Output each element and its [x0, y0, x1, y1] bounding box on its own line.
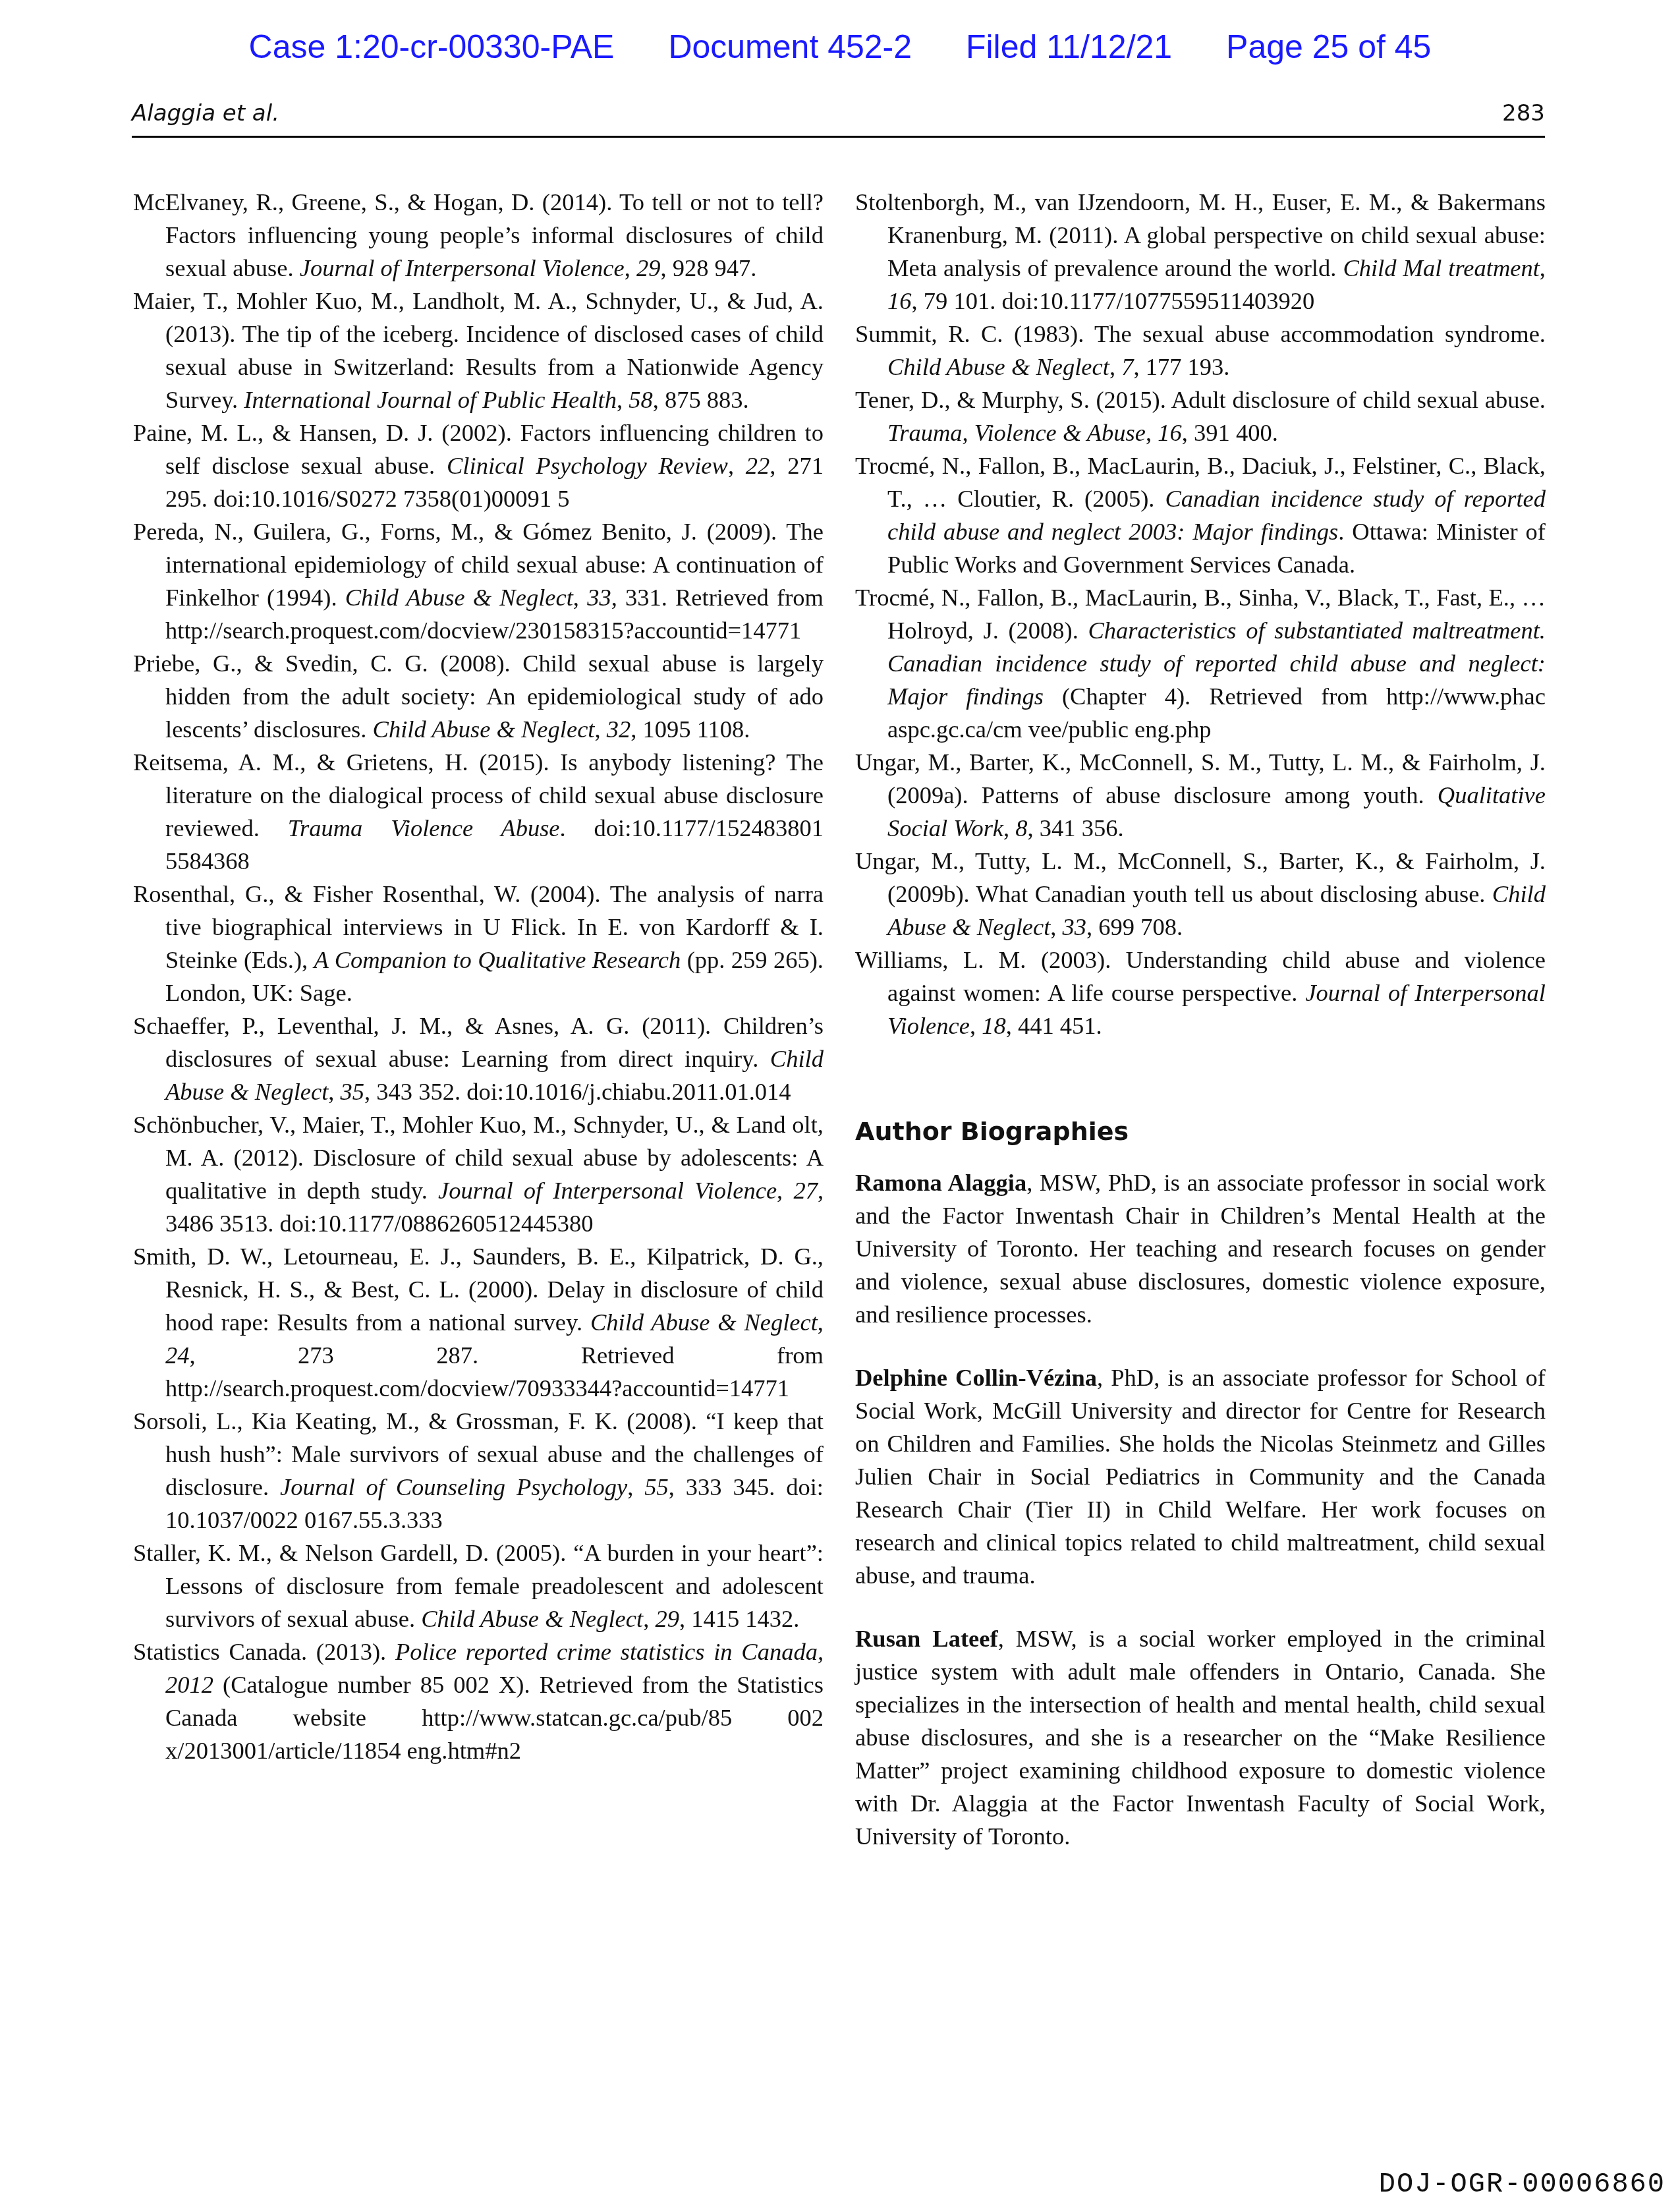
reference-italic: 16 — [887, 287, 912, 314]
reference-entry: Maier, T., Mohler Kuo, M., Landholt, M. … — [133, 285, 824, 416]
author-biography: Rusan Lateef, MSW, is a social worker em… — [855, 1622, 1546, 1853]
reference-text: , 875 883. — [653, 386, 749, 413]
reference-text: , — [777, 1177, 793, 1204]
reference-entry: Ungar, M., Tutty, L. M., McConnell, S., … — [855, 845, 1546, 944]
reference-entry: McElvaney, R., Greene, S., & Hogan, D. (… — [133, 186, 824, 285]
reference-italic: Child Mal treatment — [1343, 254, 1539, 281]
reference-italic: A Companion to Qualitative Research — [314, 946, 681, 973]
reference-entry: Summit, R. C. (1983). The sexual abuse a… — [855, 318, 1546, 383]
reference-text: , 1095 1108. — [630, 716, 750, 743]
reference-italic: 33 — [1063, 913, 1087, 940]
reference-text: , — [627, 1473, 644, 1500]
reference-entry: Sorsoli, L., Kia Keating, M., & Grossman… — [133, 1405, 824, 1537]
reference-italic: 29 — [655, 1605, 679, 1632]
author-bio-text: , MSW, is a social worker employed in th… — [855, 1625, 1546, 1850]
reference-entry: Williams, L. M. (2003). Understanding ch… — [855, 944, 1546, 1042]
reference-text: , 699 708. — [1086, 913, 1183, 940]
reference-italic: 7 — [1121, 353, 1133, 380]
reference-text: , — [643, 1605, 655, 1632]
reference-italic: 55 — [644, 1473, 669, 1500]
reference-text: , 928 947. — [660, 254, 756, 281]
reference-text: , — [328, 1078, 340, 1105]
reference-text: , — [1050, 913, 1062, 940]
bates-number: DOJ-OGR-00006860 — [1379, 2169, 1666, 2200]
reference-italic: Journal of Interpersonal Violence — [300, 254, 625, 281]
reference-entry: Trocmé, N., Fallon, B., MacLaurin, B., D… — [855, 449, 1546, 581]
reference-text: , 341 356. — [1028, 814, 1124, 841]
author-name: Ramona Alaggia — [855, 1169, 1026, 1196]
reference-text: , 391 400. — [1182, 419, 1278, 446]
reference-text: , — [818, 1309, 824, 1336]
reference-italic: 58 — [629, 386, 653, 413]
running-head-authors: Alaggia et al. — [132, 100, 279, 127]
reference-italic: Child Abuse & Neglect — [421, 1605, 643, 1632]
reference-italic: 27 — [793, 1177, 818, 1204]
reference-entry: Schönbucher, V., Maier, T., Mohler Kuo, … — [133, 1108, 824, 1240]
reference-italic: 35 — [341, 1078, 365, 1105]
court-filing-stamp: Case 1:20-cr-00330-PAE Document 452-2 Fi… — [0, 28, 1680, 66]
reference-italic: 16 — [1158, 419, 1182, 446]
reference-italic: 22 — [746, 452, 770, 479]
case-number: Case 1:20-cr-00330-PAE — [249, 28, 615, 65]
reference-text: , — [1540, 254, 1546, 281]
references-left-column: McElvaney, R., Greene, S., & Hogan, D. (… — [133, 186, 824, 1767]
reference-text: Ungar, M., Tutty, L. M., McConnell, S., … — [855, 847, 1546, 907]
author-biography: Delphine Collin-Vézina, PhD, is an assoc… — [855, 1361, 1546, 1592]
reference-italic: Journal of Counseling Psychology — [280, 1473, 627, 1500]
reference-italic: Clinical Psychology Review — [447, 452, 728, 479]
reference-text: (Catalogue number 85 002 X). Retrieved f… — [165, 1671, 824, 1764]
biographies-list: Ramona Alaggia, MSW, PhD, is an associat… — [855, 1166, 1546, 1853]
reference-italic: Child Abuse & Neglect — [590, 1309, 818, 1336]
reference-italic: 33 — [587, 584, 611, 611]
author-bio-text: , PhD, is an associate professor for Sch… — [855, 1364, 1546, 1589]
reference-italic: International Journal of Public Health — [244, 386, 617, 413]
reference-text: , 441 451. — [1006, 1012, 1102, 1039]
reference-italic: 24 — [165, 1342, 190, 1369]
page-number: 283 — [1502, 100, 1545, 127]
reference-text: , — [728, 452, 746, 479]
reference-entry: Paine, M. L., & Hansen, D. J. (2002). Fa… — [133, 416, 824, 515]
reference-italic: Trauma Violence Abuse — [288, 814, 560, 841]
reference-italic: Trauma, Violence & Abuse — [887, 419, 1146, 446]
reference-italic: Child Abuse & Neglect — [887, 353, 1109, 380]
reference-italic: 29 — [636, 254, 661, 281]
reference-entry: Smith, D. W., Letourneau, E. J., Saunder… — [133, 1240, 824, 1405]
reference-entry: Statistics Canada. (2013). Police report… — [133, 1635, 824, 1767]
biographies-heading: Author Biographies — [855, 1115, 1546, 1148]
reference-entry: Trocmé, N., Fallon, B., MacLaurin, B., S… — [855, 581, 1546, 746]
reference-text: Tener, D., & Murphy, S. (2015). Adult di… — [855, 386, 1546, 413]
running-head: Alaggia et al. 283 — [132, 99, 1545, 138]
reference-text: , — [1003, 814, 1015, 841]
filed-date: Filed 11/12/21 — [966, 28, 1172, 65]
reference-text: Schaeffer, P., Leventhal, J. M., & Asnes… — [133, 1012, 824, 1072]
references-right-list: Stoltenborgh, M., van IJzendoorn, M. H.,… — [855, 186, 1546, 1042]
author-biography: Ramona Alaggia, MSW, PhD, is an associat… — [855, 1166, 1546, 1331]
reference-italic: Child Abuse & Neglect — [373, 716, 595, 743]
document-number: Document 452-2 — [668, 28, 912, 65]
reference-text: , — [573, 584, 587, 611]
reference-entry: Stoltenborgh, M., van IJzendoorn, M. H.,… — [855, 186, 1546, 318]
reference-entry: Schaeffer, P., Leventhal, J. M., & Asnes… — [133, 1009, 824, 1108]
reference-text: , 343 352. doi:10.1016/j.chiabu.2011.01.… — [364, 1078, 791, 1105]
reference-italic: 32 — [607, 716, 631, 743]
reference-italic: 18 — [982, 1012, 1006, 1039]
reference-text: Summit, R. C. (1983). The sexual abuse a… — [855, 320, 1546, 347]
reference-italic: Journal of Interpersonal Violence — [438, 1177, 777, 1204]
author-name: Delphine Collin-Vézina — [855, 1364, 1097, 1391]
reference-text: , 79 101. doi:10.1177/1077559511403920 — [912, 287, 1315, 314]
reference-text: , 1415 1432. — [679, 1605, 800, 1632]
reference-entry: Staller, K. M., & Nelson Gardell, D. (20… — [133, 1537, 824, 1635]
reference-text: , — [595, 716, 607, 743]
reference-text: Statistics Canada. (2013). — [133, 1638, 395, 1665]
reference-entry: Pereda, N., Guilera, G., Forns, M., & Gó… — [133, 515, 824, 647]
reference-entry: Ungar, M., Barter, K., McConnell, S. M.,… — [855, 746, 1546, 845]
reference-text: , — [617, 386, 629, 413]
reference-italic: 8 — [1015, 814, 1027, 841]
author-name: Rusan Lateef — [855, 1625, 998, 1652]
reference-text: , 273 287. Retrieved from http://search.… — [165, 1342, 824, 1402]
reference-text: , 177 193. — [1133, 353, 1229, 380]
reference-entry: Priebe, G., & Svedin, C. G. (2008). Chil… — [133, 647, 824, 746]
reference-entry: Reitsema, A. M., & Grietens, H. (2015). … — [133, 746, 824, 878]
references-right-column: Stoltenborgh, M., van IJzendoorn, M. H.,… — [855, 186, 1546, 1883]
page-count: Page 25 of 45 — [1226, 28, 1431, 65]
reference-text: , — [970, 1012, 982, 1039]
reference-text: , — [1146, 419, 1158, 446]
reference-entry: Rosenthal, G., & Fisher Rosenthal, W. (2… — [133, 878, 824, 1009]
reference-entry: Tener, D., & Murphy, S. (2015). Adult di… — [855, 383, 1546, 449]
reference-text: , — [1109, 353, 1121, 380]
reference-text: , — [625, 254, 636, 281]
reference-italic: Child Abuse & Neglect — [345, 584, 573, 611]
